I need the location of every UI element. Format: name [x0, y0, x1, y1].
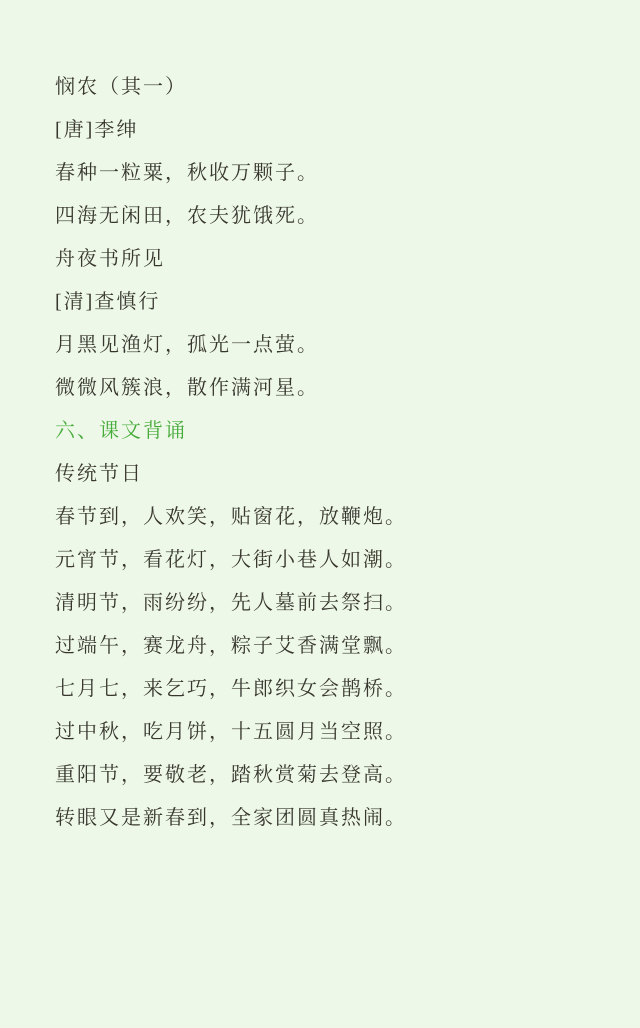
recitation-line: 春节到，人欢笑，贴窗花，放鞭炮。 — [55, 496, 592, 539]
poem1-line: 春种一粒粟，秋收万颗子。 — [55, 152, 592, 195]
section-heading: 六、课文背诵 — [55, 410, 592, 453]
recitation-line: 过端午，赛龙舟，粽子艾香满堂飘。 — [55, 625, 592, 668]
recitation-line: 转眼又是新春到，全家团圆真热闹。 — [55, 797, 592, 840]
recitation-line: 过中秋，吃月饼，十五圆月当空照。 — [55, 711, 592, 754]
poem1-author: [唐]李绅 — [55, 109, 592, 152]
poem2-title: 舟夜书所见 — [55, 238, 592, 281]
poem2-line: 微微风簇浪，散作满河星。 — [55, 367, 592, 410]
poem2-author: [清]查慎行 — [55, 281, 592, 324]
recitation-line: 元宵节，看花灯，大街小巷人如潮。 — [55, 539, 592, 582]
poem1-title: 悯农（其一） — [55, 66, 592, 109]
poem1-line: 四海无闲田，农夫犹饿死。 — [55, 195, 592, 238]
document-page: 悯农（其一） [唐]李绅 春种一粒粟，秋收万颗子。 四海无闲田，农夫犹饿死。 舟… — [0, 0, 640, 1028]
recitation-line: 重阳节，要敬老，踏秋赏菊去登高。 — [55, 754, 592, 797]
recitation-line: 清明节，雨纷纷，先人墓前去祭扫。 — [55, 582, 592, 625]
recitation-line: 七月七，来乞巧，牛郎织女会鹊桥。 — [55, 668, 592, 711]
poem2-line: 月黑见渔灯，孤光一点萤。 — [55, 324, 592, 367]
section-subheading: 传统节日 — [55, 453, 592, 496]
